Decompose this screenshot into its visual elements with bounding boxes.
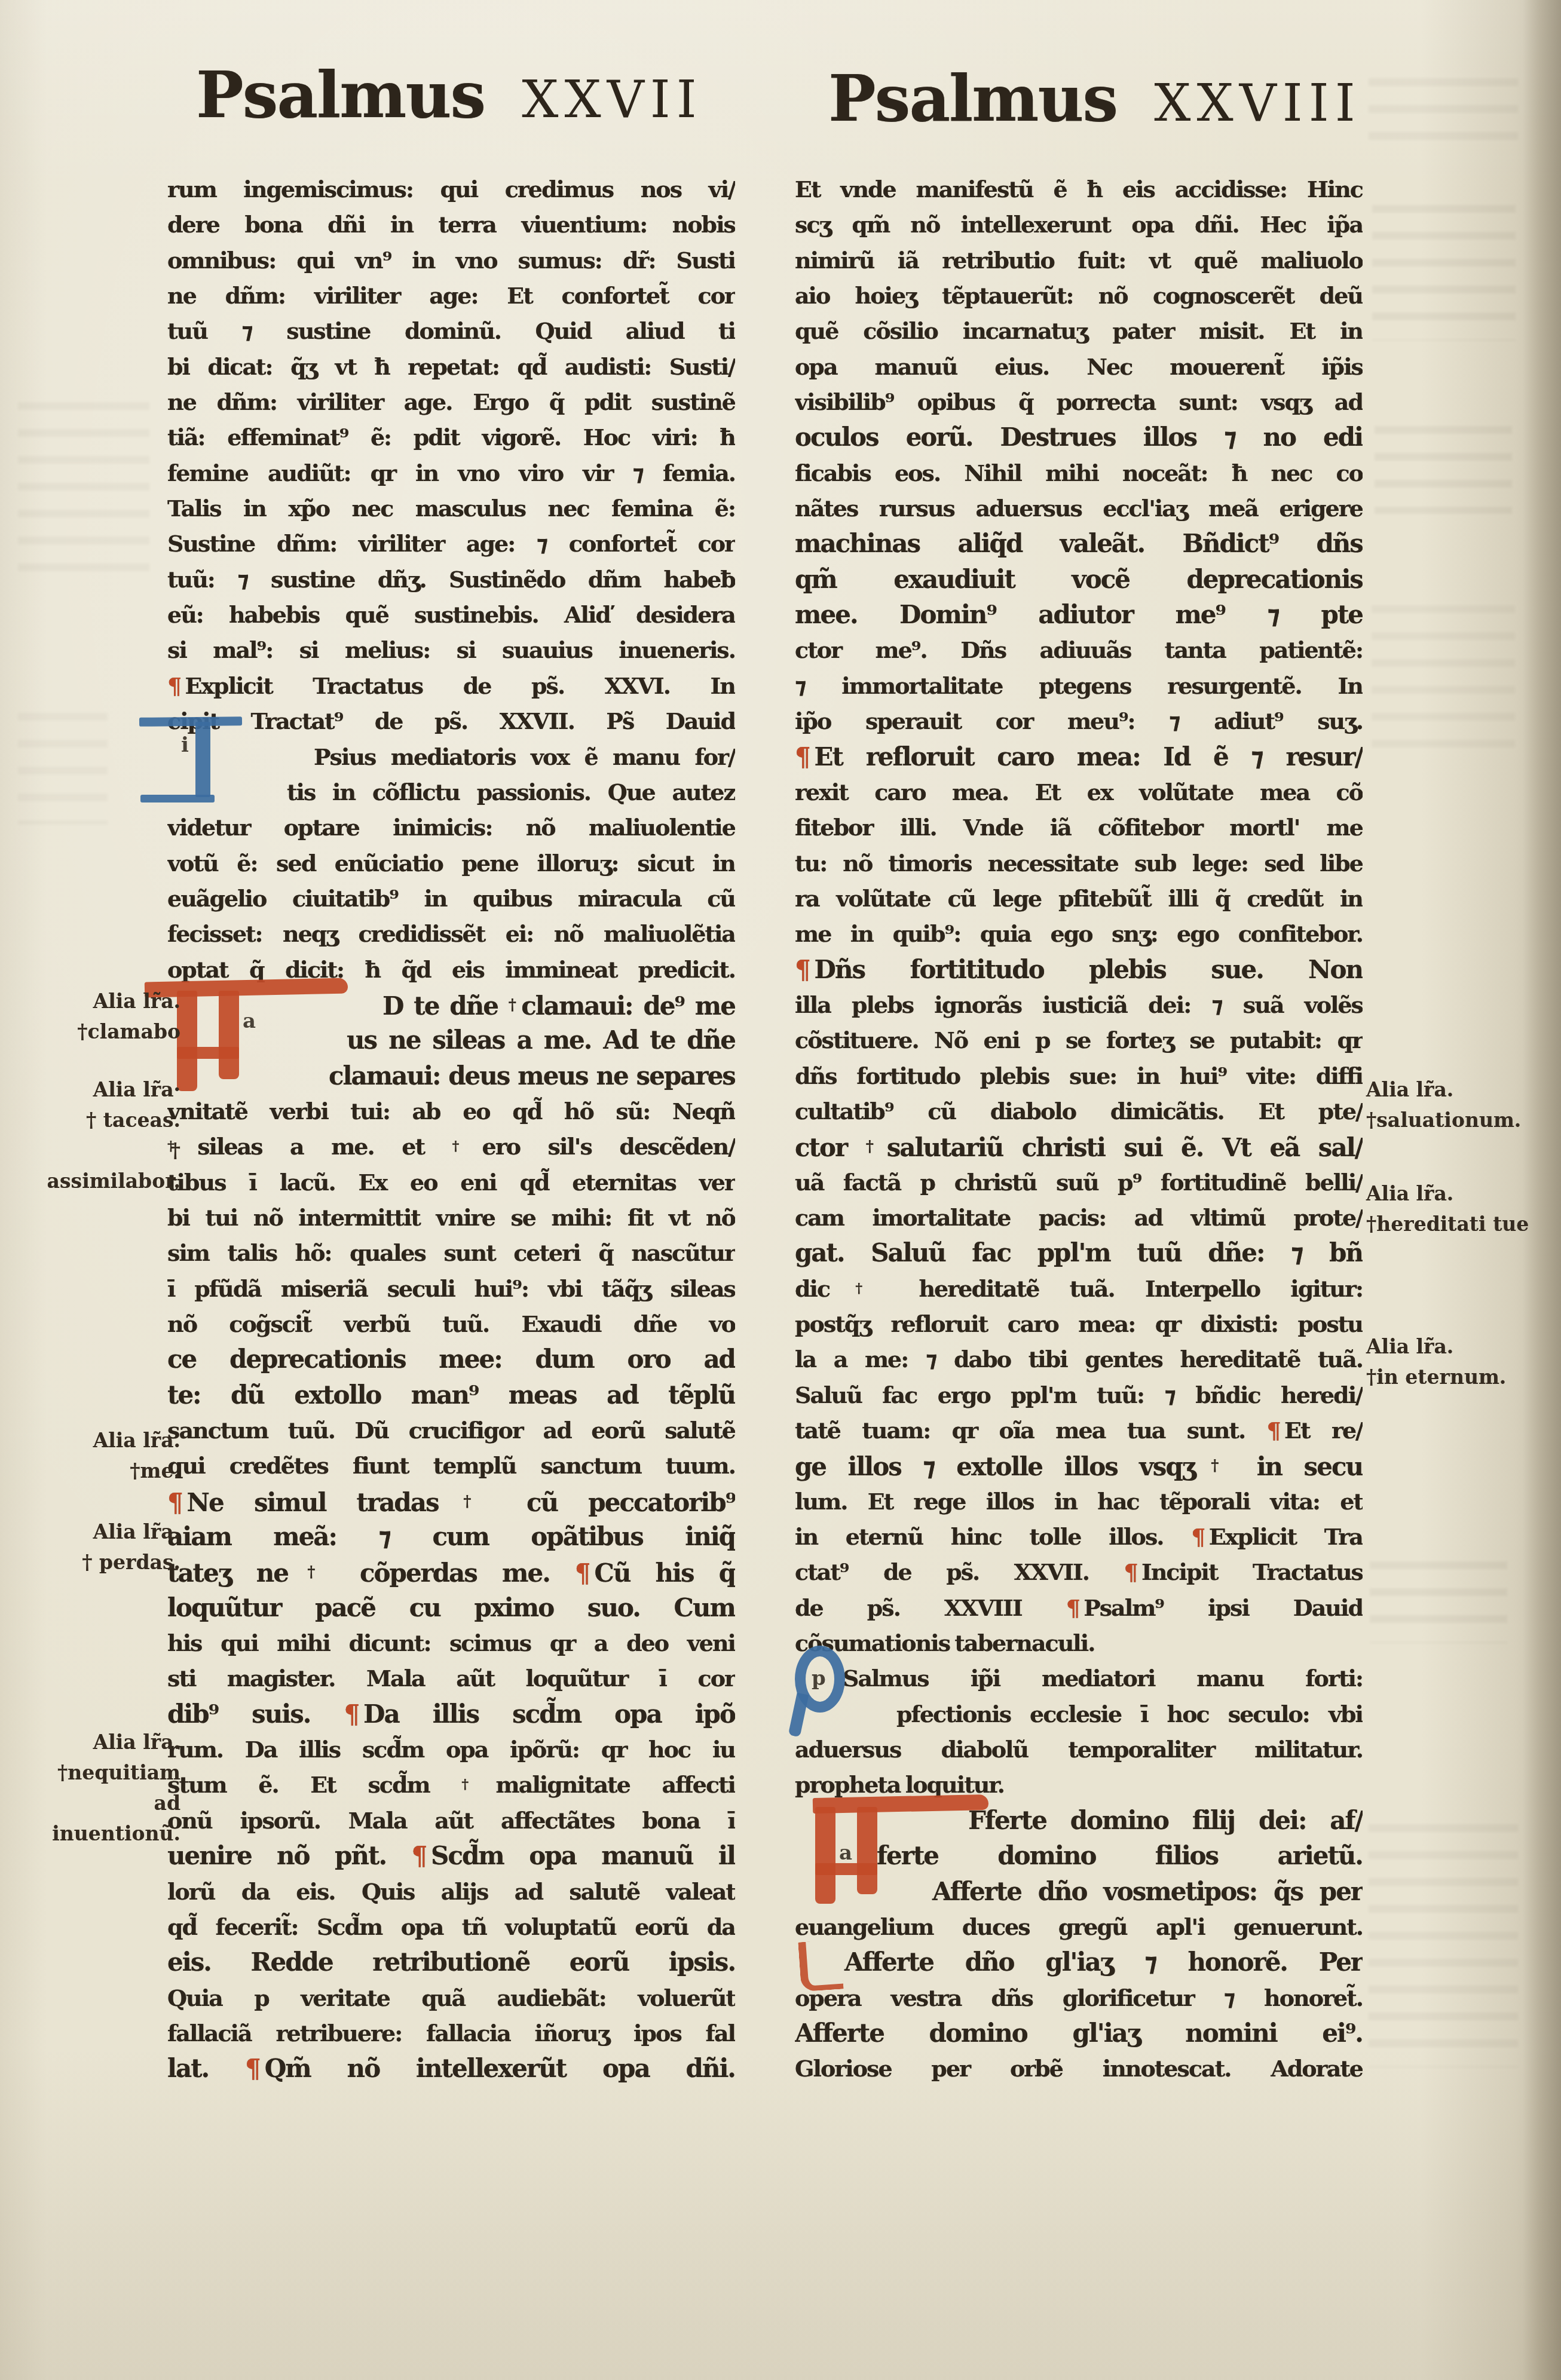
text-line: qd̃ fecerit̃: Scd̃m opa tñ voluptatũ eor… <box>167 1909 735 1944</box>
text-line: ge illos ⁊ extolle illos vsqʒ† in secu <box>795 1448 1363 1483</box>
text-line: visibilib⁹ opibus q̃ porrecta sunt: vsqʒ… <box>795 384 1363 419</box>
dagger-mark: † <box>866 1137 887 1155</box>
text-line: opa manuũ eius. Nec mouerent̃ ip̃is <box>795 349 1363 384</box>
text-line: Psius mediatoris vox ẽ manu for/ <box>167 739 735 774</box>
text-line: Talis in xp̃o nec masculus nec femina ẽ: <box>167 491 735 526</box>
text-line: lat. ¶Qm̃ nõ intellexerũt opa dñi. <box>167 2051 735 2086</box>
pilcrow-icon: ¶ <box>167 672 182 699</box>
initial-stroke <box>219 991 239 1079</box>
illuminated-initial-A-ps27: a <box>172 976 351 1096</box>
initial-stroke <box>815 1807 835 1904</box>
pilcrow-icon: ¶ <box>167 1488 183 1517</box>
text-line: ne dñm: viriliter age. Ergo q̃ pdit sust… <box>167 384 735 419</box>
text-line: tibus ī lacũ. Ex eo eni qd̃ eternitas ve… <box>167 1165 735 1200</box>
illuminated-initial-A-ps28: a <box>810 1793 990 1907</box>
text-line: ctor me⁹. Dñs adiuuãs tanta patientẽ: <box>795 632 1363 667</box>
margin-note: Alia lr̃a.†in eternum. <box>1366 1331 1553 1392</box>
running-title-word-right: Psalmus <box>828 61 1117 136</box>
text-line: sim talis hõ: quales sunt ceteri q̃ nasc… <box>167 1235 735 1270</box>
initial-stroke <box>813 1794 988 1814</box>
bleed-through <box>1372 598 1515 753</box>
text-line: ¶Dñs fortititudo plebis sue. Non <box>795 952 1363 987</box>
text-line: ce deprecationis mee: dum oro ad <box>167 1341 735 1377</box>
text-line: te: dũ extollo man⁹ meas ad tẽplũ <box>167 1377 735 1413</box>
running-title-right: Psalmus XXVIII <box>828 61 1361 136</box>
margin-note: Alia lr̃a.† perdas. <box>30 1517 180 1578</box>
text-line: mee. Domin⁹ adiutor me⁹ ⁊ pte <box>795 597 1363 632</box>
dagger-mark: † <box>830 1281 888 1296</box>
margin-note-line: inuentionũ. <box>30 1818 180 1849</box>
text-line: Et vnde manifestũ ẽ ħ eis accidisse: Hin… <box>795 171 1363 207</box>
dagger-mark: † <box>509 996 521 1013</box>
margin-note-line: †hereditati tue <box>1366 1209 1553 1239</box>
text-line: bi dicat: q̃ʒ vt ħ repetat: qd̃ audisti:… <box>167 349 735 384</box>
margin-note: Alia lr̃a.†hereditati tue <box>1366 1178 1553 1239</box>
margin-note-line: †saluationum. <box>1366 1105 1553 1135</box>
bleed-through <box>1369 1817 1518 2067</box>
text-line: quẽ cõsilio incarnatuʒ pater misit. Et i… <box>795 313 1363 348</box>
text-line: Afferte domino gl'iaʒ nomini ei⁹. <box>795 2016 1363 2051</box>
text-line: uã factã p christũ suũ p⁹ fortitudinẽ be… <box>795 1165 1363 1200</box>
incunabulum-page: Psalmus XXVII Psalmus XXVIII rum ingemis… <box>0 0 1561 2380</box>
text-line: eis. Redde retributionẽ eorũ ipsis. <box>167 1944 735 1980</box>
guide-letter: a <box>839 1843 852 1863</box>
dagger-mark: † <box>439 1492 496 1510</box>
guide-letter: i <box>181 735 189 755</box>
text-line: scʒ qm̃ nõ intellexerunt opa dñi. Hec ip… <box>795 207 1363 242</box>
initial-stroke <box>815 1863 877 1875</box>
rubric-flourish <box>798 1940 844 1992</box>
pilcrow-icon: ¶ <box>575 1558 591 1588</box>
text-line: bi tui nõ intermittit vnire se mihi: fit… <box>167 1200 735 1235</box>
margin-note: Alia lr̃a.†nequitiam adinuentionũ. <box>30 1727 180 1849</box>
text-line: sanctum tuũ. Dũ crucifigor ad eorũ salut… <box>167 1413 735 1448</box>
text-line: loquũtur pacẽ cu pximo suo. Cum <box>167 1590 735 1625</box>
initial-stroke <box>195 722 210 797</box>
text-line: cõstituere. Nõ eni p se forteʒ se putabi… <box>795 1022 1363 1058</box>
margin-note-line: Alia lr̃a. <box>1366 1178 1553 1209</box>
dagger-mark: † <box>452 1138 482 1154</box>
text-line: tuũ ⁊ sustine dominũ. Quid aliud ti <box>167 313 735 348</box>
bleed-through <box>18 394 149 574</box>
guide-letter: p <box>812 1668 826 1689</box>
text-column-left: rum ingemiscimus: qui credimus nos vi/de… <box>167 171 735 2087</box>
text-line: omnibus: qui vn⁹ in vno sumus: dr̃: Sust… <box>167 243 735 278</box>
text-line: tatẽ tuam: qr oĩa mea tua sunt. ¶Et re/ <box>795 1413 1363 1448</box>
text-line: pfectionis ecclesie ī hoc seculo: vbi <box>795 1696 1363 1732</box>
text-line: cultatib⁹ cũ diabolo dimicãtis. Et pte/ <box>795 1093 1363 1129</box>
margin-note-line: †clamabo <box>30 1016 180 1047</box>
margin-note: Alia lr̃a.†me. <box>30 1425 180 1486</box>
illuminated-initial-P: p <box>792 1644 850 1739</box>
text-line: rum ingemiscimus: qui credimus nos vi/ <box>167 171 735 207</box>
text-line: in eternũ hinc tolle illos. ¶Explicit Tr… <box>795 1519 1363 1554</box>
margin-note-line: †nequitiam ad <box>30 1757 180 1818</box>
text-line: Salmus ip̃i mediatori manu forti: <box>795 1661 1363 1696</box>
text-line: Quia p veritate quã audiebãt: voluerũt <box>167 1980 735 2016</box>
margin-note-line: Alia lr̃a. <box>30 1727 180 1757</box>
pilcrow-icon: ¶ <box>1191 1523 1205 1550</box>
text-line: ¶Et refloruit caro mea: Id ẽ ⁊ resur/ <box>795 739 1363 774</box>
text-line: tis in cõflictu passionis. Que autez <box>167 774 735 810</box>
text-line: ficabis eos. Nihil mihi noceãt: ħ nec co <box>795 455 1363 491</box>
text-line: ne dñm: viriliter age: Et confortet̃ cor <box>167 278 735 313</box>
initial-stroke <box>140 795 215 802</box>
text-line: euãgelio ciuitatib⁹ in quibus miracula c… <box>167 881 735 916</box>
text-line: aduersus diabolũ temporaliter militatur. <box>795 1732 1363 1767</box>
pilcrow-icon: ¶ <box>795 955 811 984</box>
text-line: ī pfũdã miseriã seculi hui⁹: vbi tãq̃ʒ s… <box>167 1271 735 1306</box>
text-line: opera vestra dñs glorificetur ⁊ honoret̃… <box>795 1980 1363 2016</box>
text-line: la a me: ⁊ dabo tibi gentes hereditatẽ t… <box>795 1341 1363 1377</box>
text-line: fecisset: neqʒ credidissẽt ei: nõ maliuo… <box>167 916 735 951</box>
margin-note: Alia lr̃a.†clamabo <box>30 986 180 1047</box>
text-line: lorũ da eis. Quis alijs ad salutẽ valeat <box>167 1874 735 1909</box>
text-line: Saluũ fac ergo ppl'm tuũ: ⁊ bñdic heredi… <box>795 1377 1363 1413</box>
initial-stroke <box>139 716 242 727</box>
text-line: rexit caro mea. Et ex volũtate mea cõ <box>795 774 1363 810</box>
margin-note-line: Alia lr̃a. <box>30 1425 180 1456</box>
pilcrow-icon: ¶ <box>795 742 811 771</box>
text-line: si mal⁹: si melius: si suauius inueneris… <box>167 632 735 667</box>
text-line: femine audiũt: qr in vno viro vir ⁊ femi… <box>167 455 735 491</box>
bleed-through <box>1370 1554 1507 1643</box>
text-line: aio hoieʒ tẽptauerũt: nõ cognoscerẽt deũ <box>795 278 1363 313</box>
text-line: ¶Explicit Tractatus de ps̃. XXVI. In <box>167 668 735 703</box>
psalm-numeral-right: XXVIII <box>1154 73 1361 133</box>
margin-note-line: † assimilabor. <box>30 1135 180 1196</box>
psalm-numeral-left: XXVII <box>522 70 703 130</box>
margin-note-line: Alia lr̃a. <box>30 986 180 1016</box>
text-line: ctat⁹ de ps̃. XXVII. ¶Incipit Tractatus <box>795 1554 1363 1589</box>
text-line: sti magister. Mala aũt loquũtur ī cor <box>167 1661 735 1696</box>
text-line: oculos eorũ. Destrues illos ⁊ no edi <box>795 419 1363 455</box>
bleed-through <box>1375 418 1512 514</box>
text-line: machinas aliq̃d valeãt. Bñdict⁹ dñs <box>795 526 1363 561</box>
text-line: eũ: habebis quẽ sustinebis. Aliď desider… <box>167 597 735 632</box>
text-line: ⁊ immortalitate ptegens resurgentẽ. In <box>795 668 1363 703</box>
margin-note-line: Alia lr̃a. <box>1366 1074 1553 1105</box>
text-line: stum ẽ. Et scd̃m †malignitate affecti <box>167 1767 735 1802</box>
margin-note-line: † taceas. <box>30 1105 180 1135</box>
text-line: fitebor illi. Vnde iã cõfitebor mortl' m… <box>795 810 1363 845</box>
text-line: onũ ipsorũ. Mala aũt affectãtes bona ī <box>167 1803 735 1838</box>
pilcrow-icon: ¶ <box>245 2054 261 2083</box>
text-line: his qui mihi dicunt: scimus qr a deo ven… <box>167 1625 735 1661</box>
text-line: Sustine dñm: viriliter age: ⁊ confortet̃… <box>167 526 735 561</box>
guide-letter: a <box>243 1011 256 1031</box>
pilcrow-icon: ¶ <box>1124 1558 1138 1585</box>
margin-note-line: Alia lr̃a. <box>1366 1331 1553 1362</box>
text-line: fallaciã retribuere: fallacia iñoruʒ ipo… <box>167 2016 735 2051</box>
margin-note: Alia lr̃a.†saluationum. <box>1366 1074 1553 1135</box>
text-line: rum. Da illis scd̃m opa ipõrũ: qr hoc iu <box>167 1732 735 1767</box>
text-line: ¶Ne simul tradas† cũ peccatorib⁹ <box>167 1484 735 1519</box>
margin-note: Alia lr̃a·† taceas.† assimilabor. <box>30 1074 180 1196</box>
text-line: dib⁹ suis. ¶Da illis scd̃m opa ipõ <box>167 1696 735 1732</box>
pilcrow-icon: ¶ <box>1066 1594 1081 1621</box>
text-line: dñs fortitudo plebis sue: in hui⁹ vite: … <box>795 1058 1363 1093</box>
text-line: cipit Tractat⁹ de ps̃. XXVII. Ps̃ Dauid <box>167 703 735 739</box>
pilcrow-icon: ¶ <box>1267 1417 1281 1444</box>
text-line: Gloriose per orbẽ innotescat. Adorate <box>795 2051 1363 2086</box>
text-line: nãtes rursus aduersus eccl'iaʒ meã erige… <box>795 491 1363 526</box>
text-line: aiam meã: ⁊ cum opãtibus iniq̃ <box>167 1519 735 1554</box>
dagger-mark: † <box>461 1776 495 1792</box>
text-line: uenire nõ pñt. ¶Scd̃m opa manuũ il <box>167 1838 735 1873</box>
dagger-mark: † <box>1195 1456 1235 1474</box>
running-title-word-left: Psalmus <box>196 57 485 132</box>
text-line: nimirũ iã retributio fuit: vt quẽ maliuo… <box>795 243 1363 278</box>
text-line: tuũ: ⁊ sustine dñʒ. Sustinẽdo dñm habeƀ <box>167 562 735 597</box>
text-line: qui credẽtes fiunt templũ sanctum tuum. <box>167 1448 735 1483</box>
margin-note-line: Alia lr̃a. <box>30 1517 180 1547</box>
text-line: videtur optare inimicis: nõ maliuolentie <box>167 810 735 845</box>
dagger-mark: † <box>288 1563 335 1580</box>
text-line: Afferte dño gl'iaʒ ⁊ honorẽ. Per <box>795 1944 1363 1980</box>
pilcrow-icon: ¶ <box>411 1841 427 1870</box>
text-line: ra volũtate cũ lege pfitebũt̃ illi q̃ cr… <box>795 881 1363 916</box>
text-line: tateʒ ne† cõperdas me. ¶Cũ his q̃ <box>167 1554 735 1589</box>
initial-stroke <box>177 1047 239 1059</box>
text-line: vnitatẽ verbi tui: ab eo qd̃ hõ sũ: Neqñ <box>167 1093 735 1129</box>
text-line: tiã: effeminat⁹ ẽ: pdit vigorẽ. Hoc viri… <box>167 419 735 455</box>
text-line: dic† hereditatẽ tuã. Interpello igitur: <box>795 1271 1363 1306</box>
initial-stroke <box>788 1693 809 1738</box>
running-title-left: Psalmus XXVII <box>196 57 703 132</box>
initial-stroke <box>857 1807 877 1894</box>
pilcrow-icon: ¶ <box>344 1699 360 1729</box>
margin-note-line: †me. <box>30 1456 180 1486</box>
text-line: me in quib⁹: quia ego snʒ: ego confitebo… <box>795 916 1363 951</box>
text-line: qm̃ exaudiuit vocẽ deprecationis <box>795 562 1363 597</box>
text-line: cam imortalitate pacis: ad vltimũ prote/ <box>795 1200 1363 1235</box>
text-line: nõ cog̃scit̃ verbũ tuũ. Exaudi dñe vo <box>167 1306 735 1341</box>
text-line: illa plebs ignorãs iusticiã dei: ⁊ suã v… <box>795 987 1363 1022</box>
bleed-through <box>1372 197 1516 341</box>
bleed-through <box>1369 71 1518 148</box>
illuminated-initial-I: i <box>139 712 244 808</box>
bleed-through <box>18 705 108 825</box>
text-line: †sileas a me. et †ero sil's descẽden/ <box>167 1129 735 1164</box>
text-line: euangelium duces gregũ apl'i genuerunt. <box>795 1909 1363 1944</box>
text-line: ip̃o sperauit cor meu⁹: ⁊ adiut⁹ suʒ. <box>795 703 1363 739</box>
text-line: postq̃ʒ refloruit caro mea: qr dixisti: … <box>795 1306 1363 1341</box>
text-line: cõsumationis tabernaculi. <box>795 1625 1363 1661</box>
text-line: dere bona dñi in terra viuentium: nobis <box>167 207 735 242</box>
margin-note-line: † perdas. <box>30 1547 180 1578</box>
text-line: tu: nõ timoris necessitate sub lege: sed… <box>795 846 1363 881</box>
text-line: ctor †salutariũ christi sui ẽ. Vt eã sal… <box>795 1129 1363 1164</box>
margin-note-line: †in eternum. <box>1366 1362 1553 1392</box>
text-line: gat. Saluũ fac ppl'm tuũ dñe: ⁊ bñ <box>795 1235 1363 1270</box>
margin-note-line: Alia lr̃a· <box>30 1074 180 1105</box>
text-line: lum. Et rege illos in hac tẽporali vita:… <box>795 1484 1363 1519</box>
text-line: votũ ẽ: sed enũciatio pene illoruʒ: sicu… <box>167 846 735 881</box>
text-line: de ps̃. XXVIII ¶Psalm⁹ ipsi Dauid <box>795 1590 1363 1625</box>
